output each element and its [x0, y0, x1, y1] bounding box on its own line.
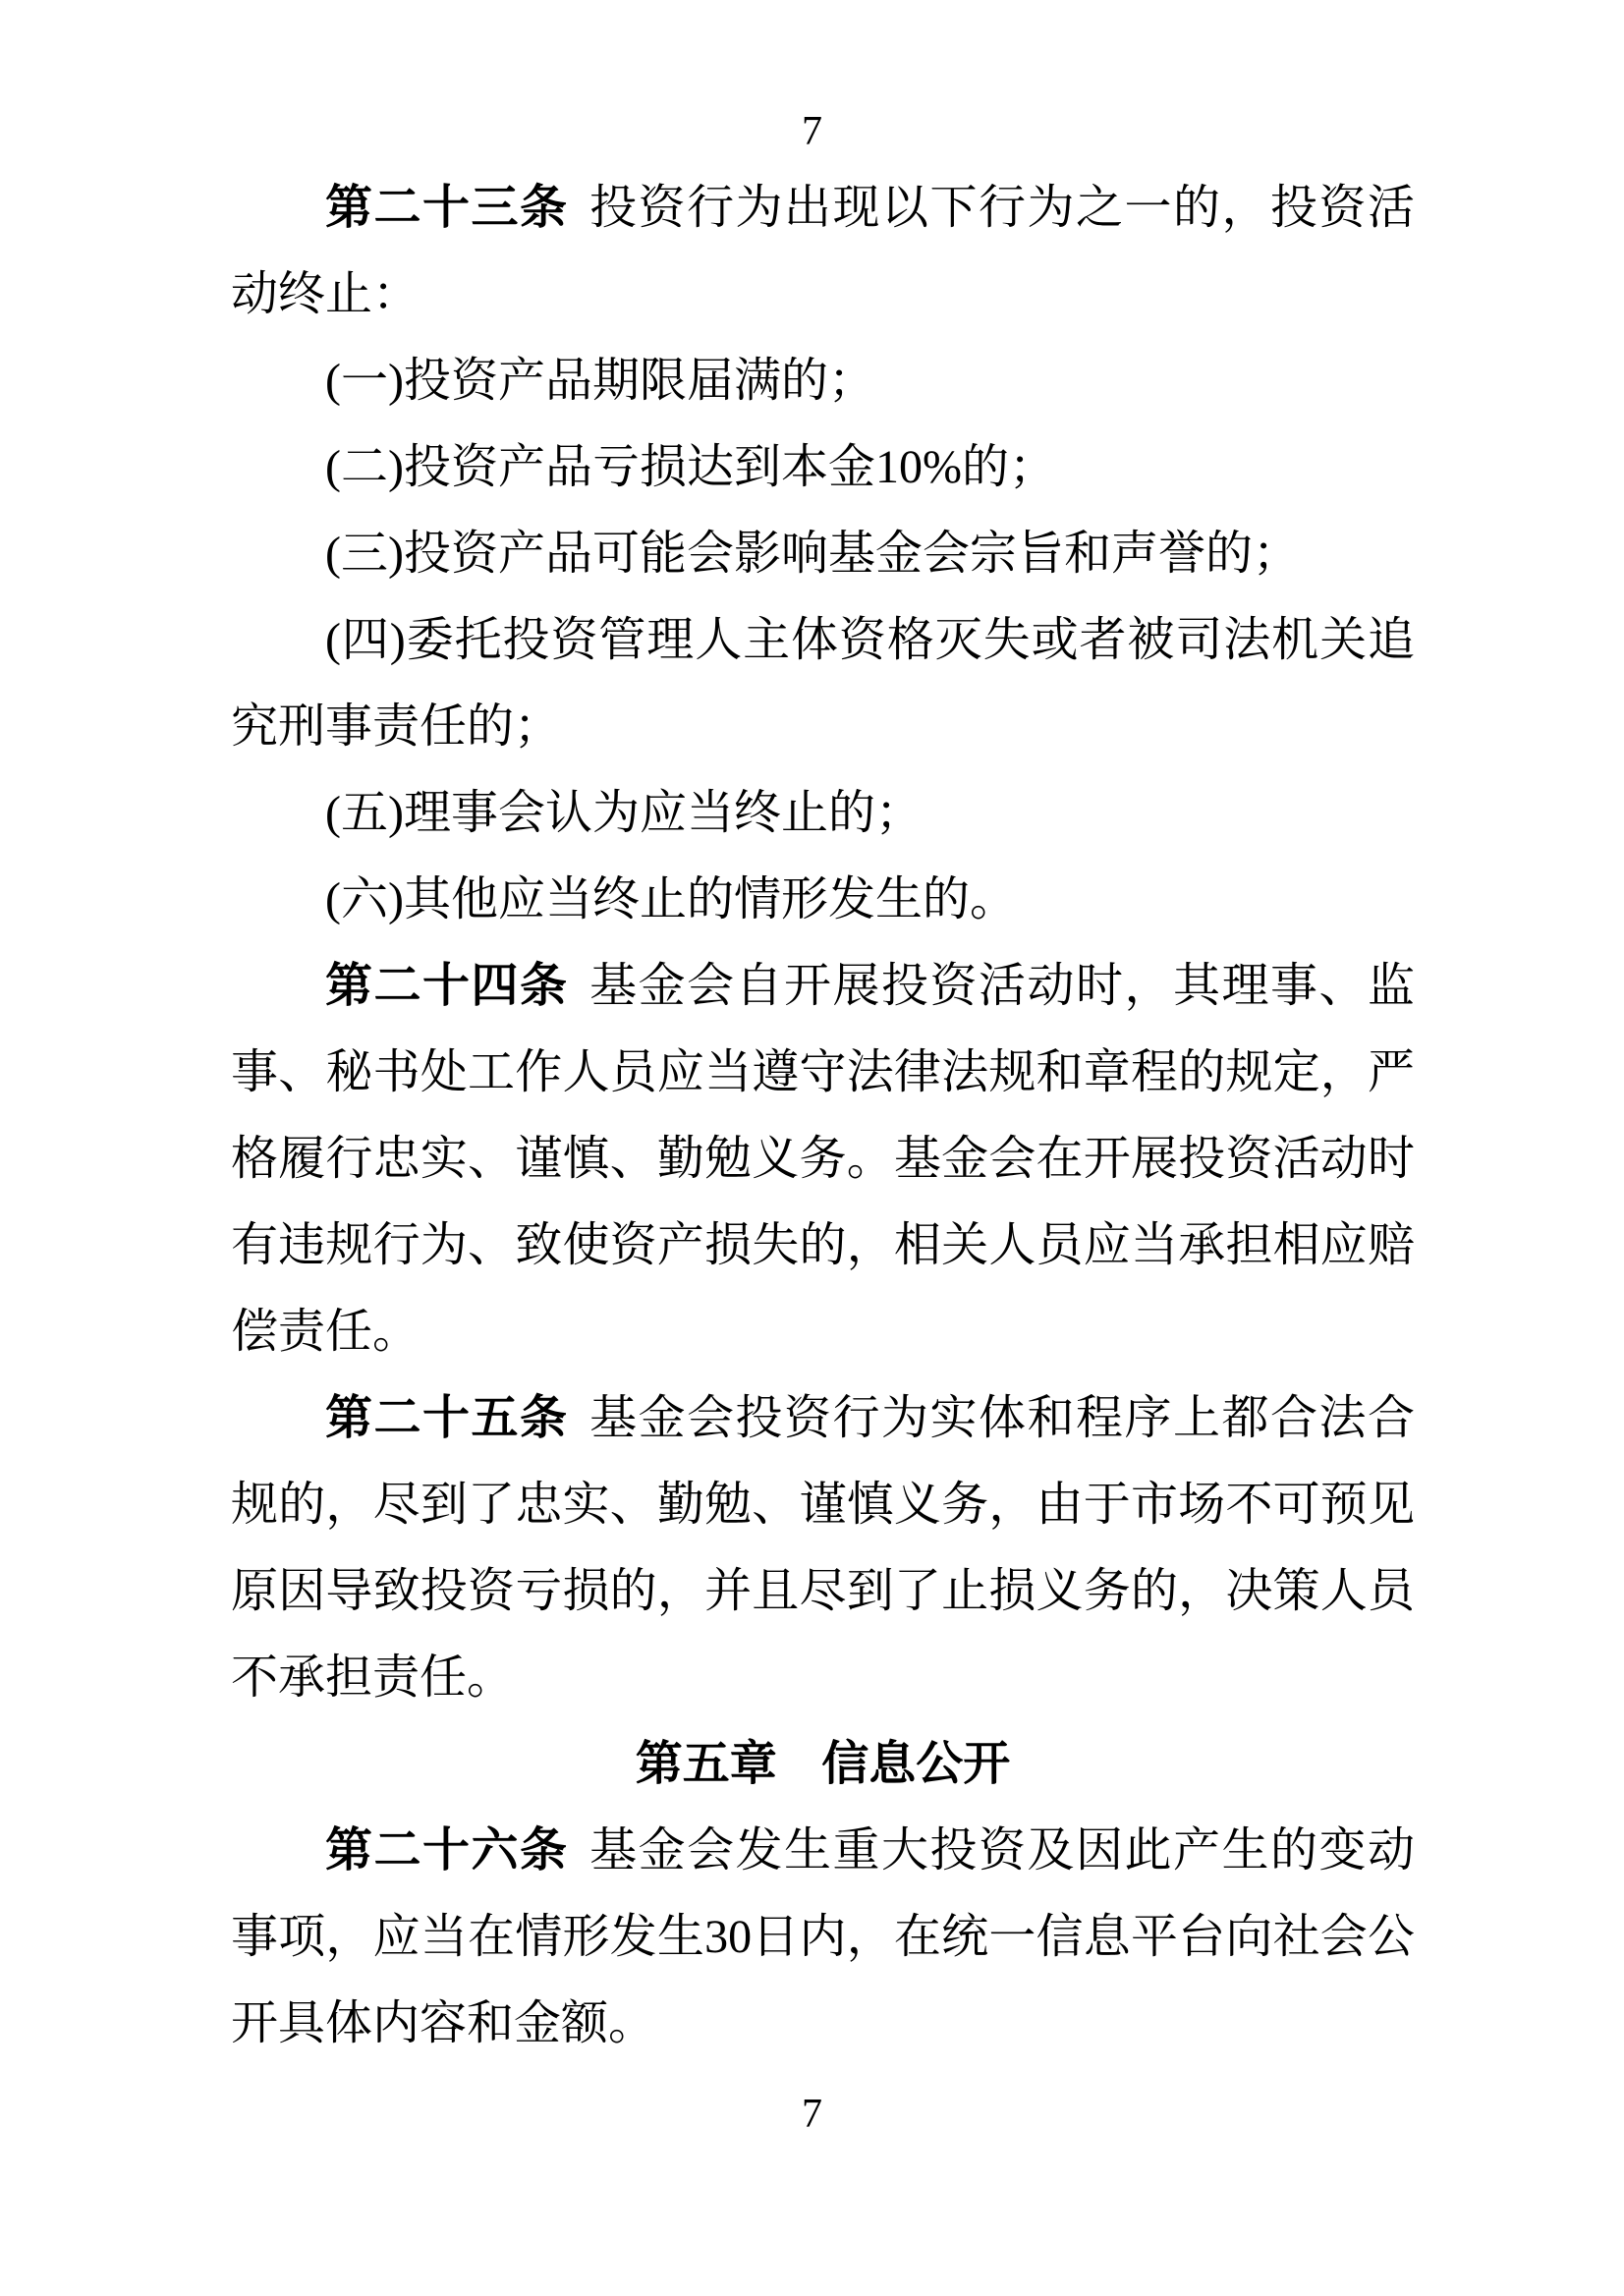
clause-item-6-text: (六)其他应当终止的情形发生的。 [325, 873, 1017, 925]
article-24-text: 基金会自开展投资活动时，其理事、监事、秘书处工作人员应当遵守法律法规和章程的规定… [231, 960, 1415, 1358]
clause-item-1-text: (一)投资产品期限届满的； [325, 355, 875, 407]
chapter-5-title: 信息公开 [821, 1738, 1010, 1790]
article-24-number: 第二十四条 [325, 960, 568, 1012]
document-body: 第二十三条投资行为出现以下行为之一的，投资活动终止： (一)投资产品期限届满的；… [231, 165, 1415, 2067]
page-number-bottom: 7 [0, 2091, 1624, 2138]
article-26: 第二十六条基金会发生重大投资及因此产生的变动事项，应当在情形发生30日内，在统一… [231, 1808, 1415, 2067]
article-23: 第二十三条投资行为出现以下行为之一的，投资活动终止： [231, 165, 1415, 338]
article-25-number: 第二十五条 [325, 1392, 568, 1444]
page-number-top: 7 [0, 108, 1624, 155]
clause-item-3: (三)投资产品可能会影响基金会宗旨和声誉的； [231, 511, 1415, 597]
article-23-number: 第二十三条 [325, 182, 568, 234]
clause-item-2: (二)投资产品亏损达到本金10%的； [231, 424, 1415, 511]
chapter-5-heading: 第五章信息公开 [231, 1721, 1415, 1808]
clause-item-4-text: (四)委托投资管理人主体资格灭失或者被司法机关追究刑事责任的； [231, 614, 1415, 753]
clause-item-1: (一)投资产品期限届满的； [231, 338, 1415, 424]
clause-item-5: (五)理事会认为应当终止的； [231, 770, 1415, 857]
article-25: 第二十五条基金会投资行为实体和程序上都合法合规的，尽到了忠实、勤勉、谨慎义务，由… [231, 1375, 1415, 1721]
clause-item-3-text: (三)投资产品可能会影响基金会宗旨和声誉的； [325, 528, 1300, 580]
chapter-5-number: 第五章 [636, 1738, 777, 1790]
clause-item-6: (六)其他应当终止的情形发生的。 [231, 857, 1415, 943]
clause-item-2-text: (二)投资产品亏损达到本金10%的； [325, 441, 1056, 493]
article-24: 第二十四条基金会自开展投资活动时，其理事、监事、秘书处工作人员应当遵守法律法规和… [231, 943, 1415, 1375]
article-26-number: 第二十六条 [325, 1824, 568, 1876]
clause-item-5-text: (五)理事会认为应当终止的； [325, 787, 923, 839]
document-page: 7 第二十三条投资行为出现以下行为之一的，投资活动终止： (一)投资产品期限届满… [0, 0, 1624, 2296]
clause-item-4: (四)委托投资管理人主体资格灭失或者被司法机关追究刑事责任的； [231, 597, 1415, 770]
